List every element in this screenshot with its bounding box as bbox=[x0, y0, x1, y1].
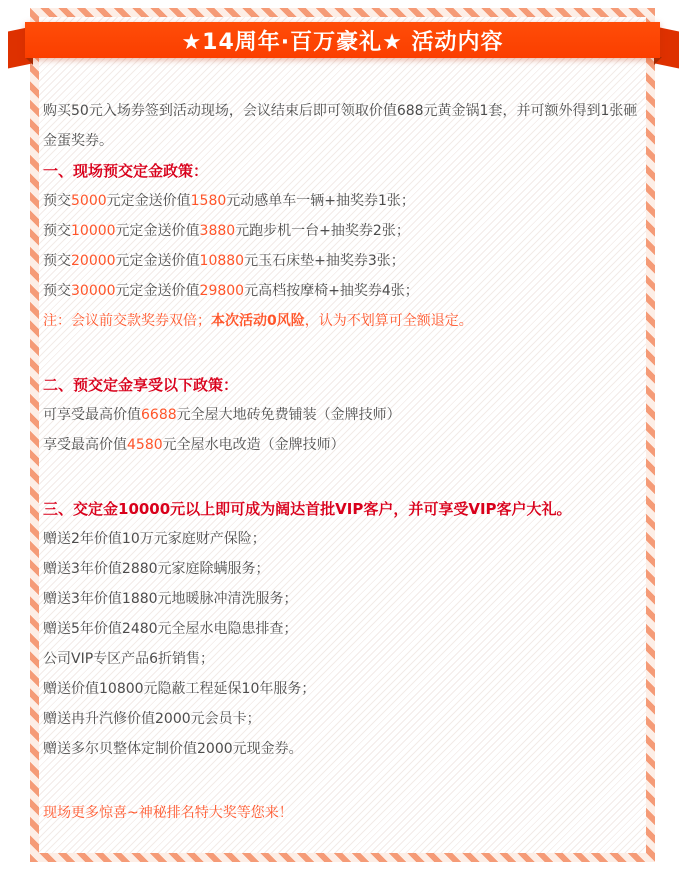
promo-poster-page: { "banner": { "title": "★14周年·百万豪礼★ 活动内容… bbox=[0, 0, 687, 880]
body-line: 可享受最高价值6688元全屋大地砖免费铺装（金牌技师） bbox=[43, 400, 645, 430]
highlight-value: 20000 bbox=[71, 253, 116, 269]
body-line: 预交5000元定金送价值1580元动感单车一辆+抽奖券1张； bbox=[43, 186, 645, 216]
text-segment: 享受最高价值 bbox=[43, 437, 127, 453]
text-segment: 赠送5年价值2480元全屋水电隐患排查； bbox=[43, 621, 298, 637]
text-segment: 一、现场预交定金政策： bbox=[43, 162, 208, 180]
highlight-value: 4580 bbox=[127, 437, 163, 453]
text-segment: 元定金送价值 bbox=[107, 193, 191, 209]
text-segment: 现场更多惊喜~神秘排名特大奖等您来！ bbox=[43, 805, 293, 821]
body-line: 购买50元入场券签到活动现场，会议结束后即可领取价值688元黄金锅1套，并可额外… bbox=[43, 96, 645, 156]
body-line: 赠送3年价值1880元地暖脉冲清洗服务； bbox=[43, 584, 645, 614]
text-segment: 元全屋大地砖免费铺装（金牌技师） bbox=[177, 407, 401, 423]
text-segment: 赠送3年价值1880元地暖脉冲清洗服务； bbox=[43, 591, 298, 607]
body-line: 赠送5年价值2480元全屋水电隐患排查； bbox=[43, 614, 645, 644]
body-line: 预交10000元定金送价值3880元跑步机一台+抽奖券2张； bbox=[43, 216, 645, 246]
text-segment: ，认为不划算可全额退定。 bbox=[305, 313, 473, 329]
ribbon-notch-right bbox=[654, 57, 662, 65]
text-segment: 注：会议前交款奖券双倍； bbox=[43, 313, 211, 329]
body-line: 公司VIP专区产品6折销售； bbox=[43, 644, 645, 674]
section-heading: 一、现场预交定金政策： bbox=[43, 156, 645, 186]
body-line: 赠送2年价值10万元家庭财产保险； bbox=[43, 524, 645, 554]
body-line: 赠送冉升汽修价值2000元会员卡； bbox=[43, 704, 645, 734]
text-segment: 元跑步机一台+抽奖券2张； bbox=[235, 223, 410, 239]
text-segment: 元定金送价值 bbox=[116, 283, 200, 299]
text-segment: 元全屋水电改造（金牌技师） bbox=[163, 437, 345, 453]
text-segment: 预交 bbox=[43, 223, 71, 239]
text-segment: 赠送冉升汽修价值2000元会员卡； bbox=[43, 711, 261, 727]
section-heading: 三、交定金10000元以上即可成为阔达首批VIP客户，并可享受VIP客户大礼。 bbox=[43, 494, 645, 524]
highlight-value: 3880 bbox=[200, 223, 236, 239]
body-line: 预交20000元定金送价值10880元玉石床垫+抽奖券3张； bbox=[43, 246, 645, 276]
text-segment: 赠送3年价值2880元家庭除螨服务； bbox=[43, 561, 270, 577]
body-line: 赠送3年价值2880元家庭除螨服务； bbox=[43, 554, 645, 584]
text-segment: 元定金送价值 bbox=[116, 223, 200, 239]
text-segment: 三、交定金10000元以上即可成为阔达首批VIP客户，并可享受VIP客户大礼。 bbox=[43, 500, 572, 518]
highlight-value: 6688 bbox=[141, 407, 177, 423]
text-segment: 赠送价值10800元隐蔽工程延保10年服务； bbox=[43, 681, 315, 697]
banner-title: ★14周年·百万豪礼★ 活动内容 bbox=[181, 25, 503, 56]
text-segment: 元高档按摩椅+抽奖券4张； bbox=[244, 283, 419, 299]
body-line: 赠送多尔贝整体定制价值2000元现金券。 bbox=[43, 734, 645, 764]
text-segment: 购买50元入场券签到活动现场，会议结束后即可领取价值688元黄金锅1套，并可额外… bbox=[43, 103, 637, 149]
note-line: 注：会议前交款奖券双倍；本次活动0风险，认为不划算可全额退定。 bbox=[43, 306, 645, 336]
ribbon-notch-left bbox=[25, 57, 33, 65]
text-segment: 二、预交定金享受以下政策： bbox=[43, 376, 238, 394]
highlight-value: 10000 bbox=[71, 223, 116, 239]
highlight-value: 29800 bbox=[200, 283, 245, 299]
highlight-value: 30000 bbox=[71, 283, 116, 299]
text-segment: 元定金送价值 bbox=[116, 253, 200, 269]
text-segment: 元动感单车一辆+抽奖券1张； bbox=[226, 193, 415, 209]
body-line: 享受最高价值4580元全屋水电改造（金牌技师） bbox=[43, 430, 645, 460]
highlight-value: 1580 bbox=[191, 193, 227, 209]
text-segment: 赠送2年价值10万元家庭财产保险； bbox=[43, 531, 266, 547]
body-content: 购买50元入场券签到活动现场，会议结束后即可领取价值688元黄金锅1套，并可额外… bbox=[43, 96, 645, 828]
body-line: 预交30000元定金送价值29800元高档按摩椅+抽奖券4张； bbox=[43, 276, 645, 306]
text-segment: 可享受最高价值 bbox=[43, 407, 141, 423]
text-segment: 预交 bbox=[43, 193, 71, 209]
body-line: 赠送价值10800元隐蔽工程延保10年服务； bbox=[43, 674, 645, 704]
section-heading: 二、预交定金享受以下政策： bbox=[43, 370, 645, 400]
text-segment: 元玉石床垫+抽奖券3张； bbox=[244, 253, 405, 269]
highlight-value: 5000 bbox=[71, 193, 107, 209]
text-segment: 赠送多尔贝整体定制价值2000元现金券。 bbox=[43, 741, 303, 757]
text-segment: 预交 bbox=[43, 253, 71, 269]
footer-line: 现场更多惊喜~神秘排名特大奖等您来！ bbox=[43, 798, 645, 828]
highlight-value: 10880 bbox=[200, 253, 245, 269]
text-segment: 公司VIP专区产品6折销售； bbox=[43, 651, 214, 667]
text-segment: 预交 bbox=[43, 283, 71, 299]
text-segment: 本次活动0风险 bbox=[211, 313, 305, 329]
ribbon-banner: ★14周年·百万豪礼★ 活动内容 bbox=[25, 22, 660, 58]
